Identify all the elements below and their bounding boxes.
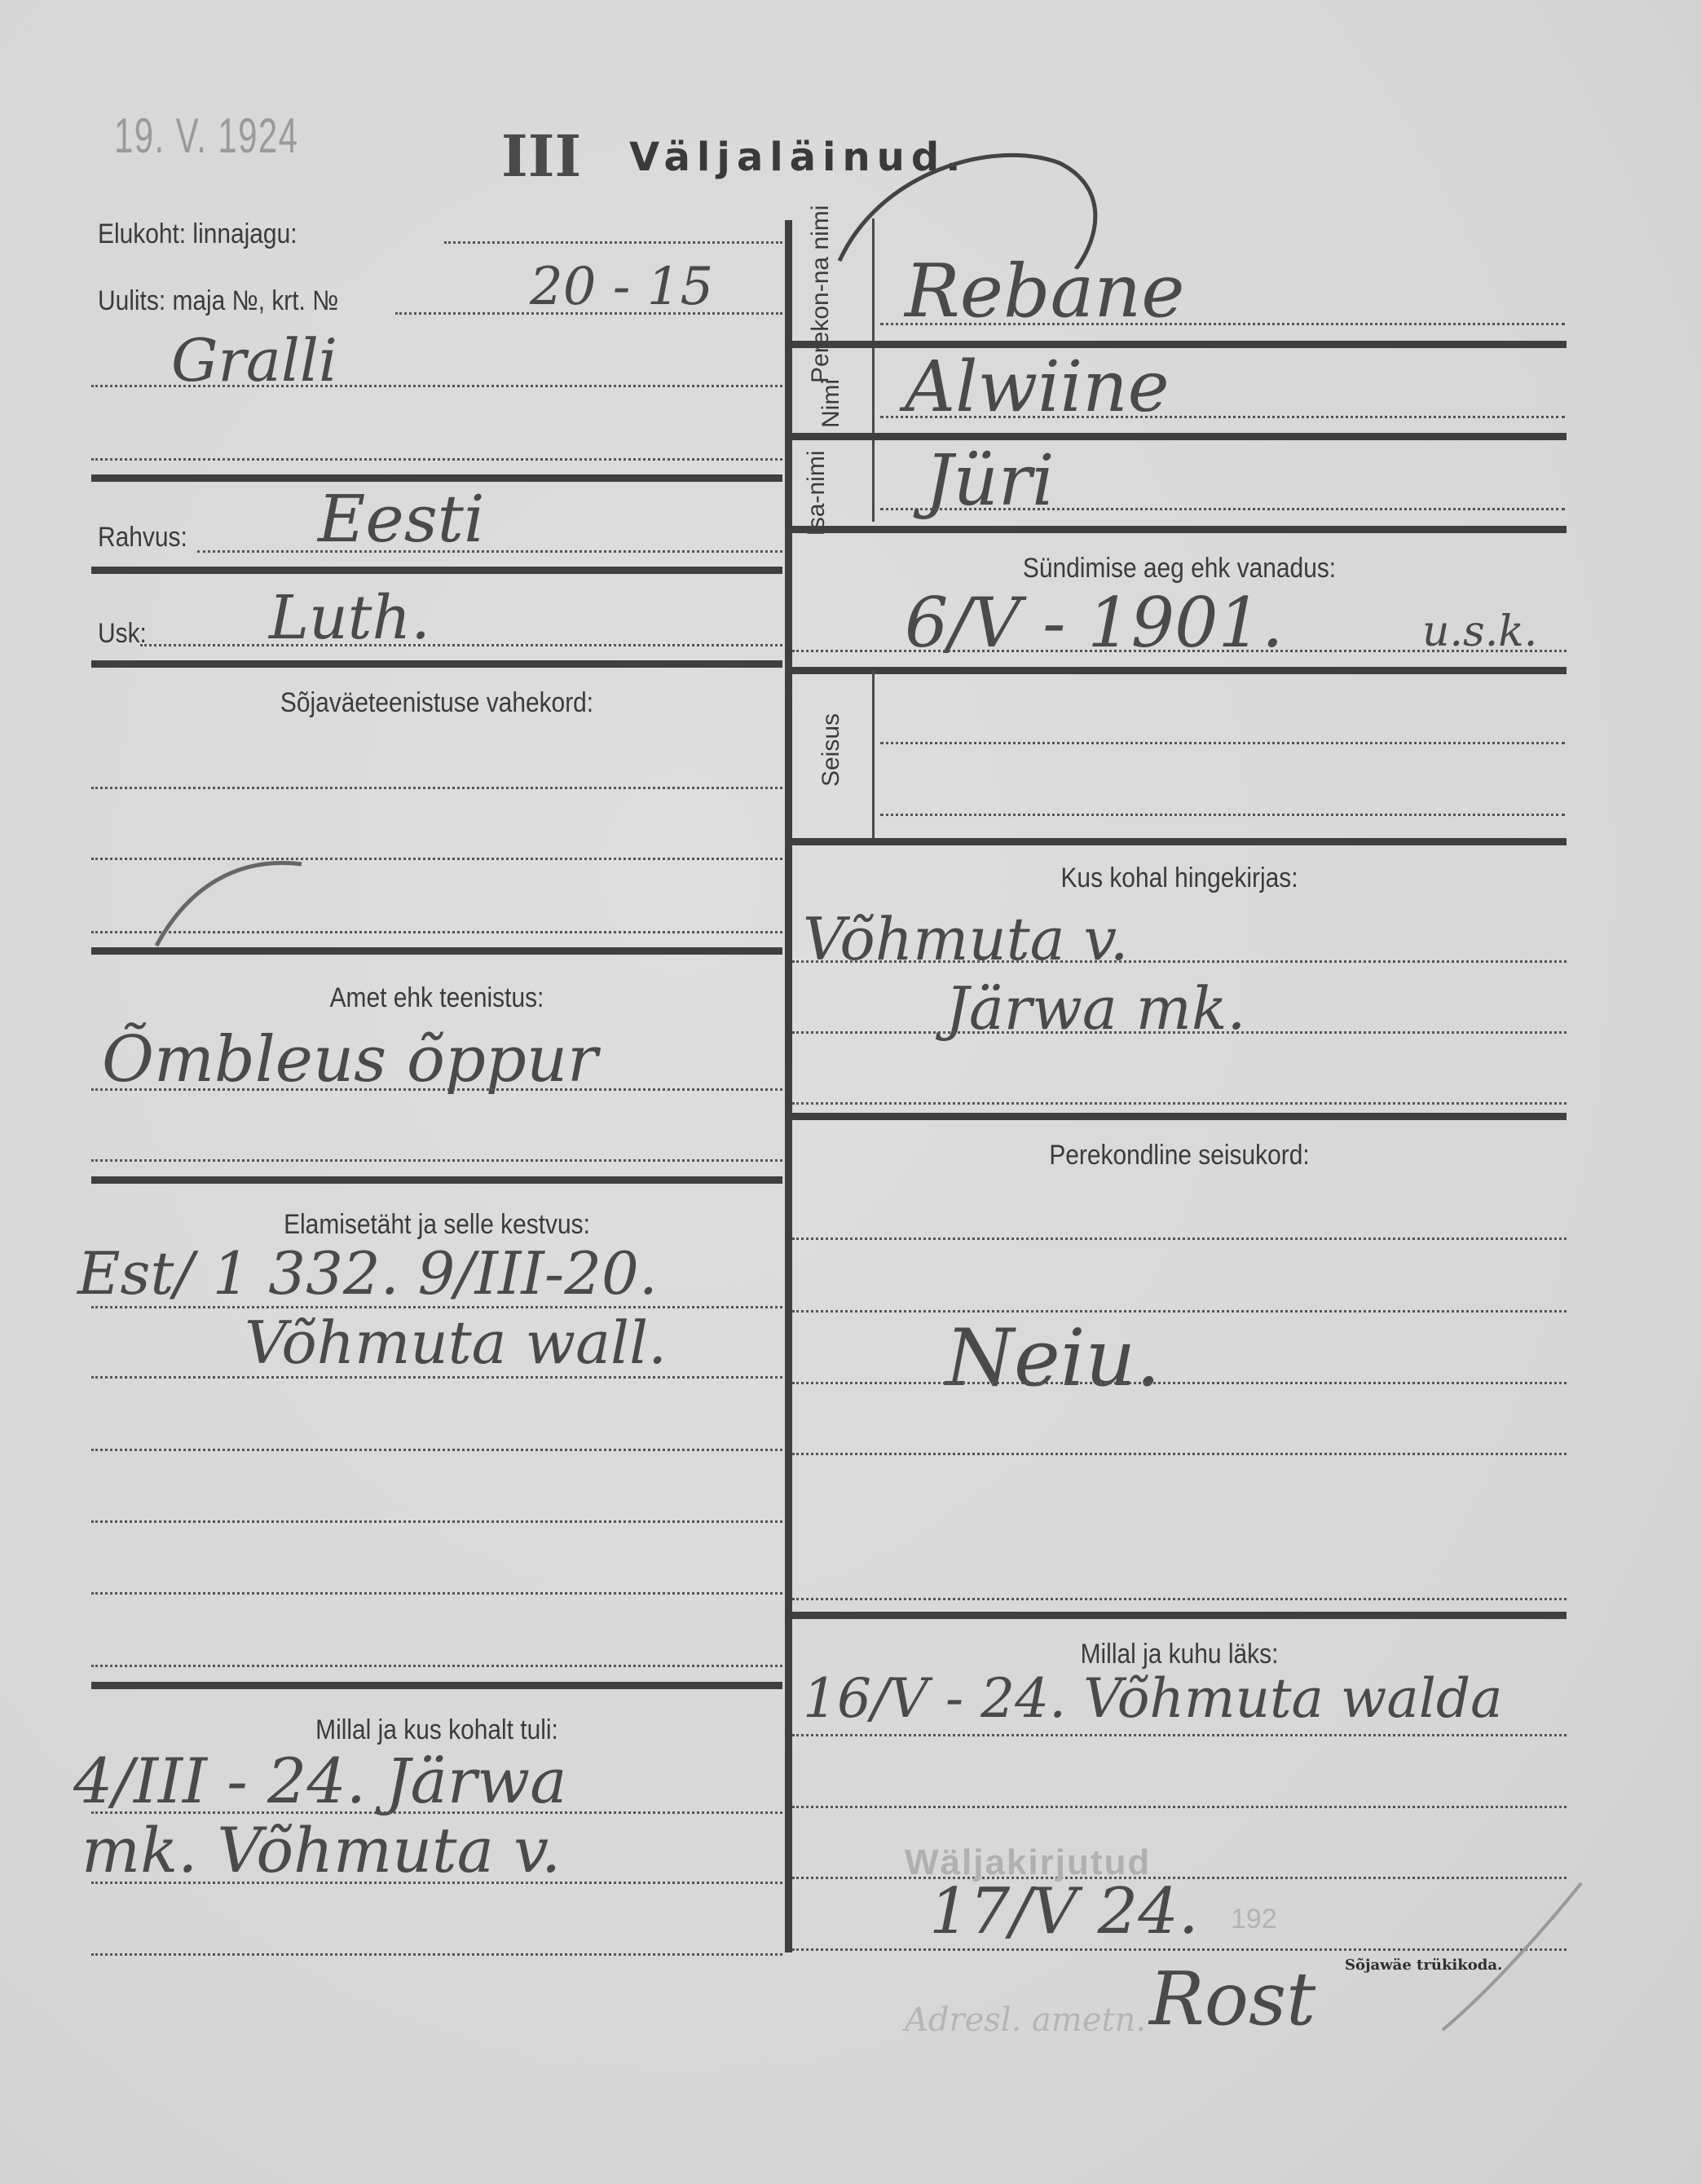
date-stamp: 19. V. 1924 bbox=[114, 108, 298, 164]
arrival-line1: 4/III - 24. Järwa bbox=[73, 1745, 567, 1817]
section-rule bbox=[792, 433, 1567, 440]
checkmark-stroke bbox=[1426, 1875, 1589, 2038]
residence-permit-line1: Est/ 1 332. 9/III-20. bbox=[77, 1239, 658, 1308]
title-annotation: III bbox=[501, 122, 581, 190]
dotted-line bbox=[197, 550, 782, 553]
status-label: Seisus bbox=[817, 705, 850, 795]
occupation-label: Amet ehk teenistus: bbox=[133, 982, 741, 1014]
strike-mark bbox=[147, 848, 310, 954]
section-rule bbox=[91, 1682, 782, 1689]
nationality-value: Eesti bbox=[318, 481, 485, 557]
dotted-line bbox=[792, 1453, 1567, 1455]
section-rule bbox=[91, 567, 782, 574]
registry-place-label: Kus kohal hingekirjas: bbox=[839, 863, 1520, 894]
dotted-line bbox=[792, 1734, 1567, 1736]
military-service-label: Sõjaväeteenistuse vahekord: bbox=[133, 687, 741, 719]
house-number-value: 20 - 15 bbox=[530, 257, 713, 317]
section-rule bbox=[792, 667, 1567, 674]
dotted-line bbox=[91, 1665, 782, 1667]
dotted-line bbox=[792, 1031, 1567, 1034]
column-divider bbox=[785, 220, 792, 1952]
dotted-line bbox=[792, 1310, 1567, 1313]
registry-place-line1: Võhmuta v. bbox=[803, 905, 1129, 973]
section-rule bbox=[792, 1612, 1567, 1619]
marital-status-value: Neiu. bbox=[945, 1313, 1161, 1404]
dotted-line bbox=[91, 1882, 782, 1884]
birth-label: Sündimise aeg ehk vanadus: bbox=[839, 553, 1520, 585]
dotted-line bbox=[880, 742, 1565, 744]
dotted-line bbox=[91, 1953, 782, 1956]
arrival-label: Millal ja kus kohalt tuli: bbox=[133, 1714, 741, 1746]
dotted-line bbox=[792, 1598, 1567, 1600]
dotted-line bbox=[792, 1102, 1567, 1105]
section-rule bbox=[792, 526, 1567, 533]
dotted-line bbox=[91, 1088, 782, 1091]
dotted-line bbox=[91, 787, 782, 789]
dotted-line bbox=[91, 1592, 782, 1595]
handwritten-date: 17/V 24. bbox=[929, 1875, 1199, 1948]
label-divider bbox=[872, 670, 875, 843]
marital-status-label: Perekondline seisukord: bbox=[839, 1140, 1520, 1171]
section-rule bbox=[91, 947, 782, 955]
departure-value: 16/V - 24. Võhmuta walda bbox=[803, 1667, 1502, 1730]
section-rule bbox=[792, 838, 1567, 845]
birth-note: u.s.k. bbox=[1422, 607, 1537, 656]
nationality-label: Rahvus: bbox=[98, 522, 187, 554]
section-rule bbox=[91, 1176, 782, 1184]
dotted-line bbox=[444, 241, 782, 244]
district-label: Elukoht: linnajagu: bbox=[98, 218, 297, 250]
dotted-line bbox=[880, 508, 1565, 510]
section-rule bbox=[91, 660, 782, 668]
dotted-line bbox=[91, 1159, 782, 1162]
residence-permit-line2: Võhmuta wall. bbox=[245, 1308, 667, 1377]
dotted-line bbox=[91, 1376, 782, 1379]
dotted-line bbox=[792, 1806, 1567, 1808]
dotted-line bbox=[792, 1382, 1567, 1384]
dotted-line bbox=[91, 1520, 782, 1523]
dotted-line bbox=[395, 312, 782, 315]
dotted-line bbox=[792, 650, 1567, 652]
signature: Rost bbox=[1149, 1957, 1315, 2042]
label-divider bbox=[872, 218, 875, 522]
religion-value: Luth. bbox=[269, 583, 430, 653]
dotted-line bbox=[91, 385, 782, 387]
occupation-value: Õmbleus õppur bbox=[102, 1023, 597, 1096]
section-rule bbox=[792, 1113, 1567, 1120]
street-label: Uulits: maja №, krt. № bbox=[98, 285, 338, 317]
dotted-line bbox=[792, 1238, 1567, 1240]
dotted-line bbox=[140, 644, 782, 646]
registration-form: 19. V. 1924 III Väljaläinud. Elukoht: li… bbox=[0, 0, 1701, 2184]
stamp-year: 192 bbox=[1231, 1904, 1277, 1935]
religion-label: Usk: bbox=[98, 618, 147, 650]
departure-label: Millal ja kuhu läks: bbox=[839, 1639, 1520, 1670]
dotted-line bbox=[880, 323, 1565, 325]
dotted-line bbox=[880, 416, 1565, 418]
dotted-line bbox=[880, 814, 1565, 816]
dotted-line bbox=[91, 1449, 782, 1451]
residence-permit-label: Elamisetäht ja selle kestvus: bbox=[133, 1209, 741, 1241]
faded-stamp: Adresl. ametn. bbox=[905, 2001, 1146, 2039]
surname-value: Rebane bbox=[905, 249, 1185, 334]
father-name-label: Isa-nimi bbox=[801, 448, 866, 538]
dotted-line bbox=[792, 960, 1567, 963]
dotted-line bbox=[91, 458, 782, 461]
arrival-line2: mk. Võhmuta v. bbox=[82, 1814, 561, 1886]
